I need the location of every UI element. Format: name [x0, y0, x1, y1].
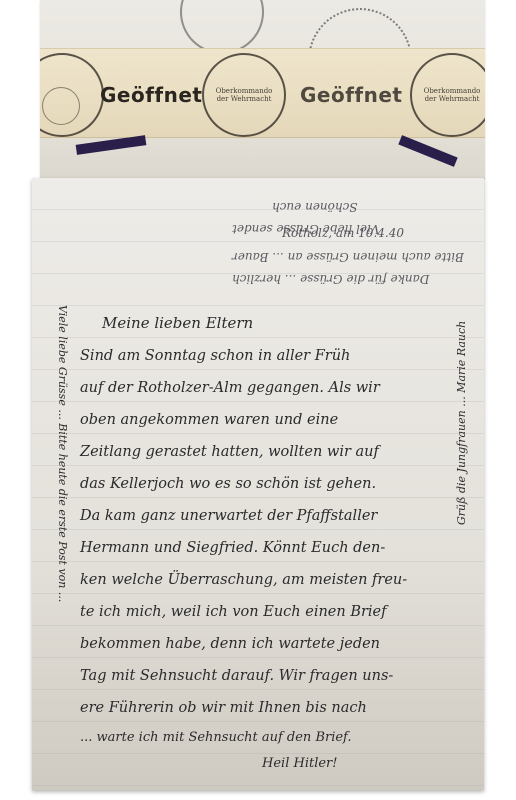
upside-down-note: Danke für die Grüsse ... herzlich	[232, 272, 429, 286]
letter-line: Da kam ganz unerwartet der Pfaffstaller	[80, 508, 377, 524]
greeting: Meine lieben Eltern	[102, 314, 253, 332]
upside-down-note: Schönen euch	[272, 200, 358, 214]
letter-line: das Kellerjoch wo es so schön ist gehen.	[80, 476, 376, 492]
letter-line: ken welche Überraschung, am meisten freu…	[80, 572, 407, 588]
censor-tape: Geöffnet Oberkommando der Wehrmacht Geöf…	[40, 48, 485, 138]
letter-line: Tag mit Sehnsucht darauf. Wir fragen uns…	[80, 668, 393, 684]
letter-line: oben angekommen waren und eine	[80, 412, 338, 428]
margin-note-right: Grüß die Jungfrauen ... Marie Rauch	[455, 178, 469, 525]
letter-line: te ich mich, weil ich von Euch einen Bri…	[80, 604, 387, 620]
stamp-text: Oberkommando der Wehrmacht	[212, 87, 276, 104]
letter-line: ... warte ich mit Sehnsucht auf den Brie…	[80, 730, 352, 745]
envelope-flap-mark	[398, 135, 457, 167]
envelope-flap-mark	[76, 135, 147, 155]
censor-stamp	[40, 53, 104, 137]
letter-line: Hermann und Siegfried. Könnt Euch den-	[80, 540, 385, 556]
letter-line: ere Führerin ob wir mit Ihnen bis nach	[80, 700, 367, 716]
upside-down-note: Bitte auch meinen Grüsse an ... Bauer	[232, 250, 464, 264]
censor-stamp: Oberkommando der Wehrmacht	[410, 53, 485, 137]
letter-line: bekommen habe, denn ich wartete jeden	[80, 636, 380, 652]
margin-note-left: Viele liebe Grüsse ... Bitte heute die e…	[55, 305, 69, 665]
letter-line: Sind am Sonntag schon in aller Früh	[80, 348, 350, 364]
postmark	[180, 0, 264, 54]
letter-line: Zeitlang gerastet hatten, wollten wir au…	[80, 444, 379, 460]
censor-stamp: Oberkommando der Wehrmacht	[202, 53, 286, 137]
closing: Heil Hitler!	[262, 756, 338, 771]
place-date: Rotholz, am 10.4.40	[282, 226, 404, 240]
envelope: Geöffnet Oberkommando der Wehrmacht Geöf…	[40, 0, 485, 179]
letter-line: auf der Rotholzer-Alm gegangen. Als wir	[80, 380, 380, 396]
opened-label: Geöffnet	[300, 83, 403, 107]
letter-page: Schönen euch Viel liebe Grüsse sendet Bi…	[32, 178, 484, 790]
opened-label: Geöffnet	[100, 83, 203, 107]
stamp-text: Oberkommando der Wehrmacht	[420, 87, 484, 104]
